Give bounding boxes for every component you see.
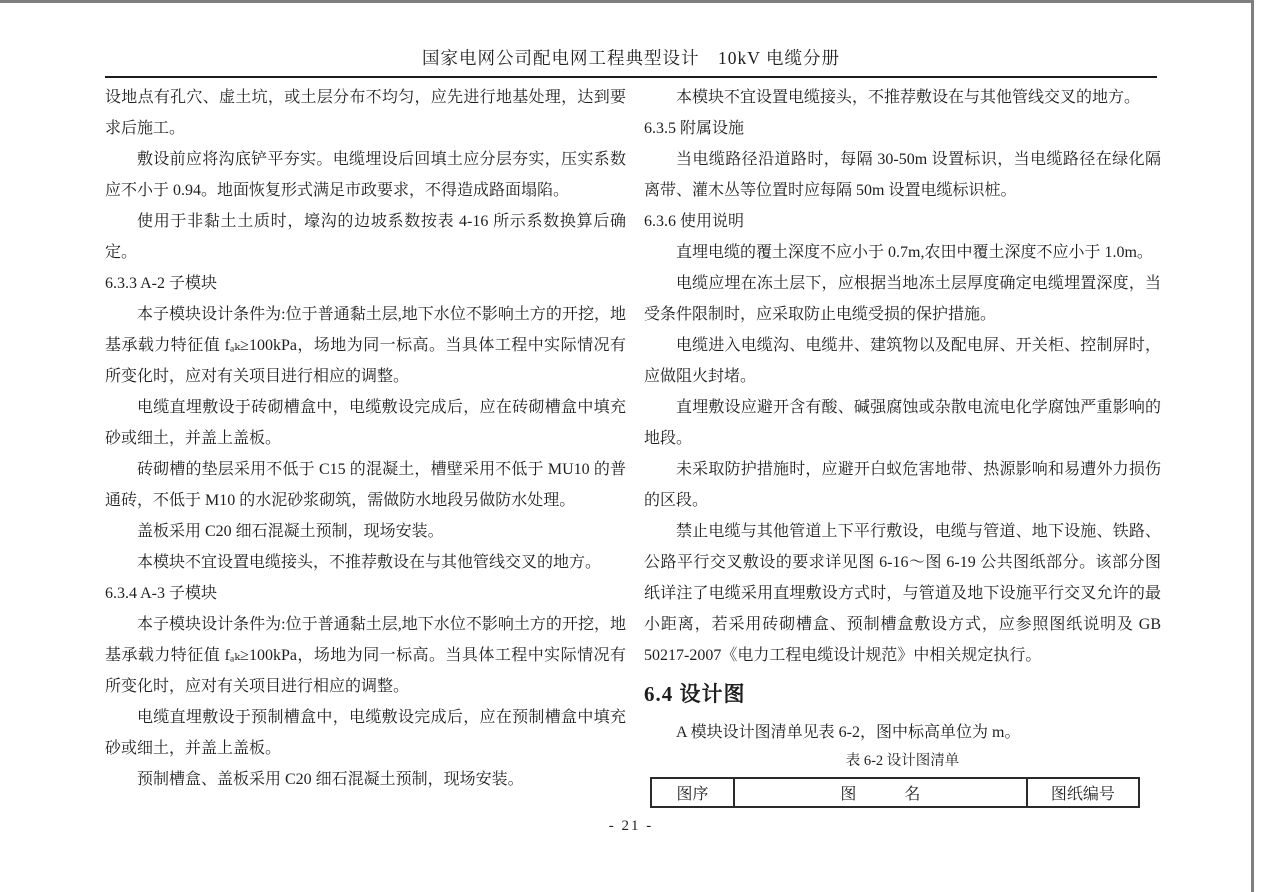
paragraph: 设地点有孔穴、虚土坑，或土层分布不均匀，应先进行地基处理，达到要求后施工。	[105, 82, 626, 144]
section-heading: 6.3.5 附属设施	[644, 113, 1161, 144]
paragraph: 使用于非黏土土质时，壕沟的边坡系数按表 4-16 所示系数换算后确定。	[105, 206, 626, 268]
paragraph: 电缆直埋敷设于砖砌槽盒中，电缆敷设完成后，应在砖砌槽盒中填充砂或细土，并盖上盖板…	[105, 392, 626, 454]
paragraph: 本子模块设计条件为:位于普通黏土层,地下水位不影响土方的开挖，地基承载力特征值 …	[105, 299, 626, 392]
paragraph: 敷设前应将沟底铲平夯实。电缆埋设后回填土应分层夯实，压实系数应不小于 0.94。…	[105, 144, 626, 206]
scan-edge-top	[0, 0, 1254, 3]
design-drawing-list-table: 图序 图 名 图纸编号	[650, 777, 1140, 808]
document-page: 国家电网公司配电网工程典型设计 10kV 电缆分册 设地点有孔穴、虚土坑，或土层…	[0, 0, 1262, 892]
paragraph: 禁止电缆与其他管道上下平行敷设，电缆与管道、地下设施、铁路、公路平行交叉敷设的要…	[644, 516, 1161, 671]
paragraph: 盖板采用 C20 细石混凝土预制，现场安装。	[105, 516, 626, 547]
paragraph: 本子模块设计条件为:位于普通黏土层,地下水位不影响土方的开挖，地基承载力特征值 …	[105, 609, 626, 702]
header-rule	[105, 76, 1157, 78]
paragraph: 电缆直埋敷设于预制槽盒中，电缆敷设完成后，应在预制槽盒中填充砂或细土，并盖上盖板…	[105, 702, 626, 764]
page-number: - 21 -	[105, 818, 1157, 835]
design-table-caption: 表 6-2 设计图清单	[644, 749, 1161, 774]
text-column-left: 设地点有孔穴、虚土坑，或土层分布不均匀，应先进行地基处理，达到要求后施工。敷设前…	[105, 82, 626, 795]
paragraph: 当电缆路径沿道路时，每隔 30-50m 设置标识，当电缆路径在绿化隔离带、灌木丛…	[644, 144, 1161, 206]
scan-edge-right	[1251, 0, 1254, 892]
paragraph: 电缆进入电缆沟、电缆井、建筑物以及配电屏、开关柜、控制屏时，应做阻火封堵。	[644, 330, 1161, 392]
paragraph: 本模块不宜设置电缆接头，不推荐敷设在与其他管线交叉的地方。	[644, 82, 1161, 113]
section-heading: 6.4 设计图	[644, 671, 1161, 717]
table-header-figure-sequence: 图序	[651, 778, 734, 807]
paragraph: 砖砌槽的垫层采用不低于 C15 的混凝土，槽壁采用不低于 MU10 的普通砖，不…	[105, 454, 626, 516]
paragraph: 预制槽盒、盖板采用 C20 细石混凝土预制，现场安装。	[105, 764, 626, 795]
text-column-right-blocks: 本模块不宜设置电缆接头，不推荐敷设在与其他管线交叉的地方。6.3.5 附属设施当…	[644, 82, 1161, 748]
section-heading: 6.3.6 使用说明	[644, 206, 1161, 237]
table-header-figure-name: 图 名	[734, 778, 1027, 807]
paragraph: 直埋电缆的覆土深度不应小于 0.7m,农田中覆土深度不应小于 1.0m。	[644, 237, 1161, 268]
paragraph: A 模块设计图清单见表 6-2，图中标高单位为 m。	[644, 717, 1161, 748]
table-header-drawing-number: 图纸编号	[1027, 778, 1139, 807]
paragraph: 未采取防护措施时，应避开白蚁危害地带、热源影响和易遭外力损伤的区段。	[644, 454, 1161, 516]
section-heading: 6.3.4 A-3 子模块	[105, 578, 626, 609]
page-header-title: 国家电网公司配电网工程典型设计 10kV 电缆分册	[105, 46, 1157, 70]
section-heading: 6.3.3 A-2 子模块	[105, 268, 626, 299]
table-header-row: 图序 图 名 图纸编号	[651, 778, 1139, 807]
text-column-right: 本模块不宜设置电缆接头，不推荐敷设在与其他管线交叉的地方。6.3.5 附属设施当…	[644, 82, 1161, 808]
paragraph: 直埋敷设应避开含有酸、碱强腐蚀或杂散电流电化学腐蚀严重影响的地段。	[644, 392, 1161, 454]
paragraph: 本模块不宜设置电缆接头，不推荐敷设在与其他管线交叉的地方。	[105, 547, 626, 578]
paragraph: 电缆应埋在冻土层下，应根据当地冻土层厚度确定电缆埋置深度，当受条件限制时，应采取…	[644, 268, 1161, 330]
